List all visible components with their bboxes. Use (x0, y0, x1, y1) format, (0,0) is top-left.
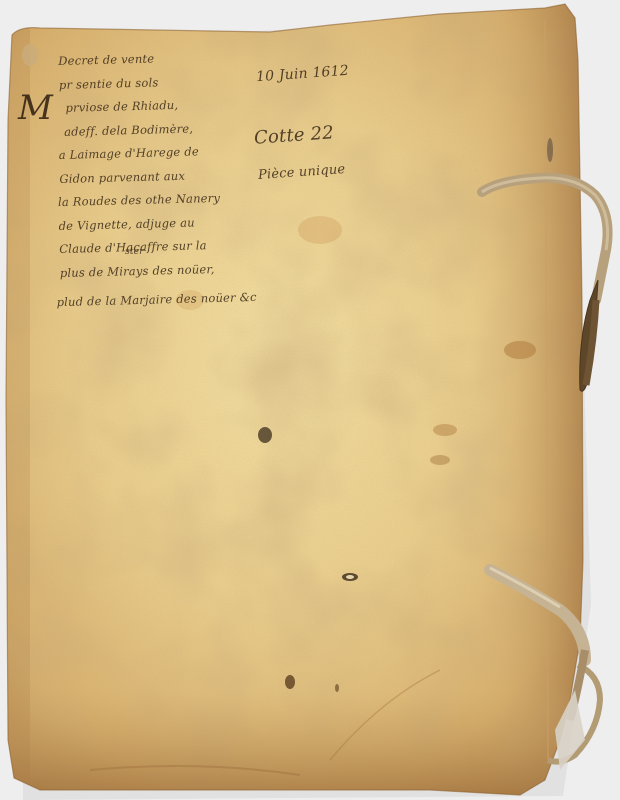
superscript-note: ster (125, 247, 144, 257)
manuscript-title-block: Decret de vente pr sentie du sols prvios… (58, 45, 257, 314)
title-line: plus de Mirays des noüer, (60, 256, 257, 285)
manuscript-initial: M (18, 88, 53, 128)
document-photo: M Decret de vente pr sentie du sols prvi… (0, 0, 620, 800)
